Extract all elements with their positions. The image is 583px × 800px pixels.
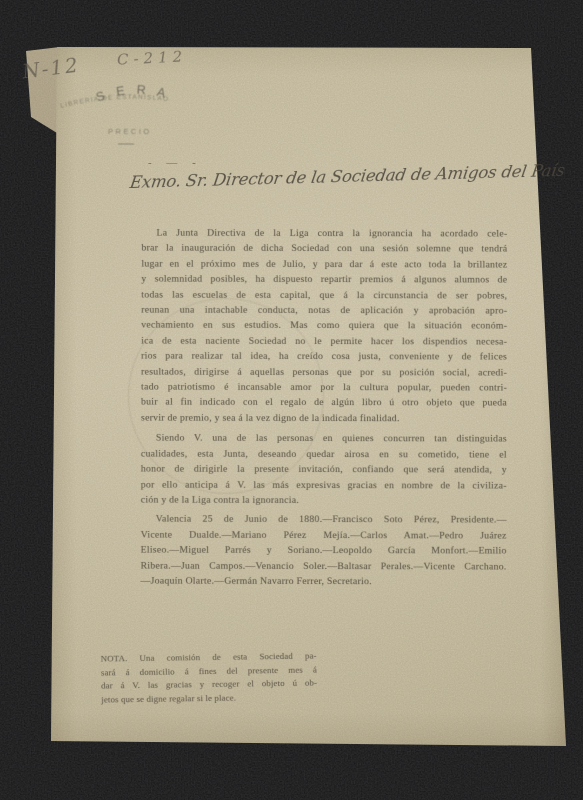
body-line: brar la inauguración de dicha Sociedad c… bbox=[141, 241, 507, 257]
letter-body: La Junta Directiva de la Liga contra la … bbox=[141, 226, 508, 590]
body-line: buir al fin indicado con el regalo de al… bbox=[141, 395, 507, 411]
body-line: y solemnidad posibles, ha dispuesto repa… bbox=[141, 272, 507, 288]
stamp-text-bottom: PRECIO bbox=[108, 127, 152, 136]
body-line: rios para realizar tal idea, ha creído c… bbox=[141, 349, 507, 365]
signature-line: Vicente Dualde.—Mariano Pérez Mejía.—Car… bbox=[141, 527, 507, 543]
body-line: todas las escuelas de esta capital, que … bbox=[141, 287, 507, 303]
signature-line: Valencia 25 de Junio de 1880.—Francisco … bbox=[141, 512, 507, 528]
body-line: cualidades, esta Junta, deseando quedar … bbox=[141, 446, 507, 462]
body-line: tado patriotismo é incansable amor por l… bbox=[141, 380, 507, 396]
footnote: NOTA. Una comisión de esta Sociedad pa- … bbox=[101, 649, 318, 706]
signature-line: Ribera.—Juan Campos.—Venancio Soler.—Bal… bbox=[141, 558, 507, 574]
body-line: Siendo V. una de las personas en quienes… bbox=[141, 431, 507, 447]
pencil-code-top: C-212 bbox=[117, 47, 188, 69]
body-line: reunan una intachable conducta, notas de… bbox=[141, 303, 507, 319]
body-line: lugar en el próximo mes de Julio, y para… bbox=[141, 256, 507, 272]
body-line: ción y de la Liga contra la ignorancia. bbox=[141, 492, 507, 508]
scanned-document-page: { "colors": { "background": "#08080a", "… bbox=[0, 0, 583, 800]
paragraph-2: Siendo V. una de las personas en quienes… bbox=[141, 431, 507, 509]
body-line: ica de esta naciente Sociedad no le perm… bbox=[141, 333, 507, 349]
stamp-text-middle: LIBRERIA DE ESTANISLAO bbox=[60, 94, 170, 110]
body-line: servir de premio, y sea á la vez digno d… bbox=[141, 410, 507, 426]
body-line: La Junta Directiva de la Liga contra la … bbox=[141, 226, 507, 242]
signature-line: —Joaquín Olarte.—Germán Navarro Ferrer, … bbox=[141, 573, 507, 589]
svg-text:LIBRERIA DE ESTANISLAO: LIBRERIA DE ESTANISLAO bbox=[60, 94, 170, 110]
body-line: por ello anticipa á V. las más expresiva… bbox=[141, 477, 507, 493]
body-line: vechamiento en sus estudios. Mas como qu… bbox=[141, 318, 507, 334]
library-stamp-icon: S E R A LIBRERIA DE ESTANISLAO PRECIO bbox=[58, 80, 208, 160]
signature-line: Eliseo.—Miguel Parrés y Soriano.—Leopold… bbox=[141, 543, 507, 559]
paragraph-1: La Junta Directiva de la Liga contra la … bbox=[141, 226, 508, 427]
body-line: resultados, dirigirse á aquellas persona… bbox=[141, 364, 507, 380]
signature-block: Valencia 25 de Junio de 1880.—Francisco … bbox=[141, 512, 507, 590]
pen-dash-marks: - — - bbox=[148, 157, 202, 169]
body-line: honor de dirigirle la presente invitació… bbox=[141, 462, 507, 478]
